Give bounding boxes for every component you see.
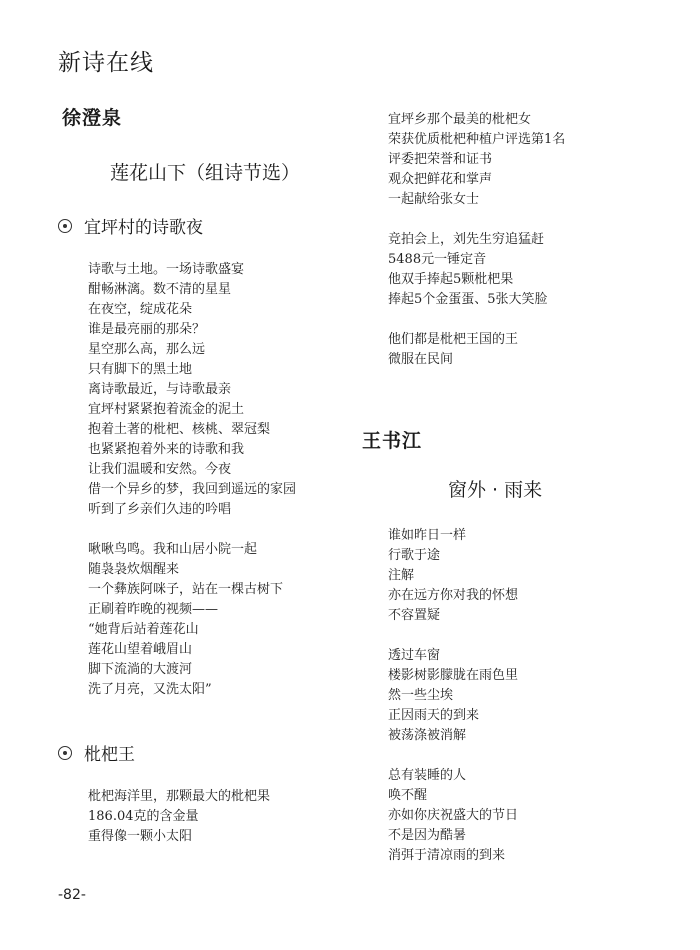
poem-line: 亦如你庆祝盛大的节日 bbox=[388, 806, 662, 826]
poem-line: 捧起5个金蛋蛋、5张大笑脸 bbox=[388, 290, 662, 310]
poem-line: 让我们温暖和安然。今夜 bbox=[88, 460, 358, 480]
poem-line: 重得像一颗小太阳 bbox=[88, 827, 358, 847]
poem-line: 不是因为酷暑 bbox=[388, 826, 662, 846]
poem-line: 借一个异乡的梦，我回到遥远的家园 bbox=[88, 480, 358, 500]
poem-line: 透过车窗 bbox=[388, 646, 662, 666]
right-column: 宜坪乡那个最美的枇杷女 荣获优质枇杷种植户评选第1名 评委把荣誉和证书 观众把鲜… bbox=[362, 110, 662, 866]
poem-line: 然一些尘埃 bbox=[388, 686, 662, 706]
poem-line: 一个彝族阿咪子，站在一棵古树下 bbox=[88, 580, 358, 600]
poem-line: 他双手捧起5颗枇杷果 bbox=[388, 270, 662, 290]
poem-line: 谁如昨日一样 bbox=[388, 526, 662, 546]
stanza: 诗歌与土地。一场诗歌盛宴 酣畅淋漓。数不清的星星 在夜空，绽成花朵 谁是最亮丽的… bbox=[88, 260, 358, 520]
section-title: 新诗在线 bbox=[58, 44, 358, 77]
poem-line: 竞拍会上，刘先生穷追猛赶 bbox=[388, 230, 662, 250]
poem-line: 莲花山望着峨眉山 bbox=[88, 640, 358, 660]
poem-line: 枇杷海洋里，那颗最大的枇杷果 bbox=[88, 787, 358, 807]
stanza: 透过车窗 楼影树影朦胧在雨色里 然一些尘埃 正因雨天的到来 被荡涤被消解 bbox=[388, 646, 662, 746]
poem-line: 微服在民间 bbox=[388, 350, 662, 370]
page-number: -82- bbox=[58, 887, 86, 903]
poem-line: 总有装睡的人 bbox=[388, 766, 662, 786]
subtitle-text: 枇杷王 bbox=[84, 740, 135, 765]
stanza: 他们都是枇杷王国的王 微服在民间 bbox=[388, 330, 662, 370]
poem-line: 在夜空，绽成花朵 bbox=[88, 300, 358, 320]
poet1-author: 徐澄泉 bbox=[62, 103, 358, 130]
poem-line: 楼影树影朦胧在雨色里 bbox=[388, 666, 662, 686]
poem-line: 一起献给张女士 bbox=[388, 190, 662, 210]
poem-line: 离诗歌最近，与诗歌最亲 bbox=[88, 380, 358, 400]
poet2-author: 王书江 bbox=[362, 426, 662, 453]
stanza: 竞拍会上，刘先生穷追猛赶 5488元一锤定音 他双手捧起5颗枇杷果 捧起5个金蛋… bbox=[388, 230, 662, 310]
poem-line: 他们都是枇杷王国的王 bbox=[388, 330, 662, 350]
poem-line: 宜坪村紧紧抱着流金的泥土 bbox=[88, 400, 358, 420]
poem-line: 消弭于清凉雨的到来 bbox=[388, 846, 662, 866]
stanza: 啾啾鸟鸣。我和山居小院一起 随袅袅炊烟醒来 一个彝族阿咪子，站在一棵古树下 正刷… bbox=[88, 540, 358, 700]
poem-line: 抱着土著的枇杷、核桃、翠冠梨 bbox=[88, 420, 358, 440]
stanza: 枇杷海洋里，那颗最大的枇杷果 186.04克的含金量 重得像一颗小太阳 bbox=[88, 787, 358, 847]
poem-line: 随袅袅炊烟醒来 bbox=[88, 560, 358, 580]
poem-line: 酣畅淋漓。数不清的星星 bbox=[88, 280, 358, 300]
stanza: 总有装睡的人 唤不醒 亦如你庆祝盛大的节日 不是因为酷暑 消弭于清凉雨的到来 bbox=[388, 766, 662, 866]
poem-line: 186.04克的含金量 bbox=[88, 807, 358, 827]
poem-line: 评委把荣誉和证书 bbox=[388, 150, 662, 170]
poem-line: 亦在远方你对我的怀想 bbox=[388, 586, 662, 606]
poem-line: 不容置疑 bbox=[388, 606, 662, 626]
poem-line: 被荡涤被消解 bbox=[388, 726, 662, 746]
poem-line: 宜坪乡那个最美的枇杷女 bbox=[388, 110, 662, 130]
poet1-part1-subtitle: 宜坪村的诗歌夜 bbox=[58, 213, 358, 238]
stanza: 谁如昨日一样 行歌于途 注解 亦在远方你对我的怀想 不容置疑 bbox=[388, 526, 662, 626]
poem-line: 听到了乡亲们久违的吟唱 bbox=[88, 500, 358, 520]
poem-line: 脚下流淌的大渡河 bbox=[88, 660, 358, 680]
poem-line: 正因雨天的到来 bbox=[388, 706, 662, 726]
poem-line: 观众把鲜花和掌声 bbox=[388, 170, 662, 190]
circle-bullet-icon bbox=[58, 219, 72, 233]
poem-line: 啾啾鸟鸣。我和山居小院一起 bbox=[88, 540, 358, 560]
poet1-part2-subtitle: 枇杷王 bbox=[58, 740, 358, 765]
poem-line: 洗了月亮，又洗太阳” bbox=[88, 680, 358, 700]
poem-line: 星空那么高，那么远 bbox=[88, 340, 358, 360]
poem-line: 注解 bbox=[388, 566, 662, 586]
poem-line: 正刷着昨晚的视频—— bbox=[88, 600, 358, 620]
left-column: 新诗在线 徐澄泉 莲花山下（组诗节选） 宜坪村的诗歌夜 诗歌与土地。一场诗歌盛宴… bbox=[58, 44, 358, 847]
subtitle-text: 宜坪村的诗歌夜 bbox=[84, 213, 203, 238]
poem-line: 5488元一锤定音 bbox=[388, 250, 662, 270]
poem-line: 荣获优质枇杷种植户评选第1名 bbox=[388, 130, 662, 150]
circle-bullet-icon bbox=[58, 746, 72, 760]
poet1-poem-title: 莲花山下（组诗节选） bbox=[110, 158, 358, 185]
poem-line: 诗歌与土地。一场诗歌盛宴 bbox=[88, 260, 358, 280]
poem-line: 唤不醒 bbox=[388, 786, 662, 806]
stanza: 宜坪乡那个最美的枇杷女 荣获优质枇杷种植户评选第1名 评委把荣誉和证书 观众把鲜… bbox=[388, 110, 662, 210]
poet2-poem-title: 窗外 · 雨来 bbox=[448, 475, 662, 502]
poem-line: 也紧紧抱着外来的诗歌和我 bbox=[88, 440, 358, 460]
poem-line: 行歌于途 bbox=[388, 546, 662, 566]
poem-line: “她背后站着莲花山 bbox=[88, 620, 358, 640]
poem-line: 只有脚下的黑土地 bbox=[88, 360, 358, 380]
poem-line: 谁是最亮丽的那朵？ bbox=[88, 320, 358, 340]
